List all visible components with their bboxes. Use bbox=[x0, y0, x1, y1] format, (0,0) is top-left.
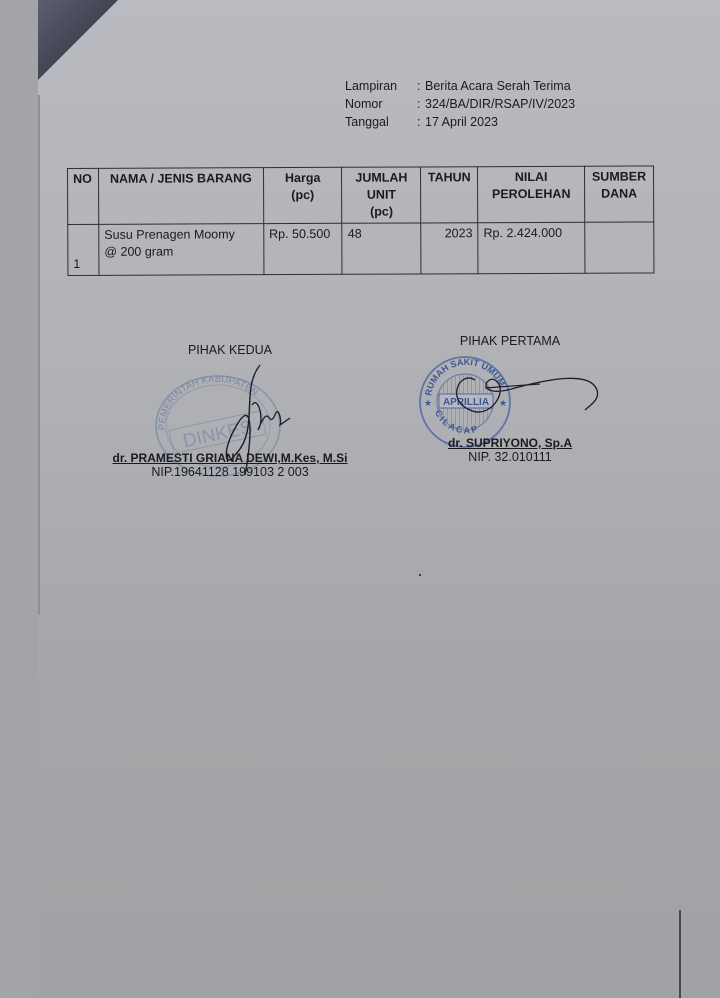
col-header-harga: Harga(pc) bbox=[263, 167, 342, 223]
header-value: 17 April 2023 bbox=[425, 113, 498, 131]
cell-sumber bbox=[585, 222, 654, 273]
col-header-no: NO bbox=[68, 168, 99, 224]
header-row-lampiran: Lampiran : Berita Acara Serah Terima bbox=[345, 77, 575, 95]
header-label: Nomor bbox=[345, 95, 417, 113]
items-table: NO NAMA / JENIS BARANG Harga(pc) JUMLAHU… bbox=[67, 165, 654, 276]
cell-no: 1 bbox=[68, 224, 99, 275]
signature-title: PIHAK KEDUA bbox=[110, 343, 350, 357]
page-edge-shadow bbox=[679, 910, 681, 998]
cell-tahun: 2023 bbox=[421, 223, 478, 274]
cell-harga: Rp. 50.500 bbox=[264, 223, 343, 274]
signature-block-pihak-pertama: PIHAK PERTAMA dr. SUPRIYONO, Sp.A NIP. 3… bbox=[420, 334, 600, 464]
header-label: Tanggal bbox=[345, 113, 417, 131]
header-colon: : bbox=[417, 95, 425, 113]
col-header-nilai: NILAIPEROLEHAN bbox=[478, 166, 585, 222]
signatory-name: dr. PRAMESTI GRIANA DEWI,M.Kes, M.Si bbox=[110, 451, 350, 465]
table-header-row: NO NAMA / JENIS BARANG Harga(pc) JUMLAHU… bbox=[68, 166, 654, 225]
cell-nilai: Rp. 2.424.000 bbox=[478, 222, 585, 273]
header-row-nomor: Nomor : 324/BA/DIR/RSAP/IV/2023 bbox=[345, 95, 575, 113]
table-row: 1 Susu Prenagen Moomy@ 200 gram Rp. 50.5… bbox=[68, 222, 654, 276]
signatory-nip: NIP.19641128 199103 2 003 bbox=[110, 465, 350, 479]
header-colon: : bbox=[417, 77, 425, 95]
speck bbox=[419, 574, 421, 576]
signatory-nip: NIP. 32.010111 bbox=[420, 450, 600, 464]
cell-jumlah: 48 bbox=[342, 223, 421, 274]
header-value: Berita Acara Serah Terima bbox=[425, 77, 571, 95]
header-value: 324/BA/DIR/RSAP/IV/2023 bbox=[425, 95, 575, 113]
header-row-tanggal: Tanggal : 17 April 2023 bbox=[345, 113, 575, 131]
col-header-tahun: TAHUN bbox=[421, 167, 478, 223]
signature-title: PIHAK PERTAMA bbox=[420, 334, 600, 348]
document-page bbox=[38, 0, 720, 998]
page-edge bbox=[38, 95, 40, 615]
cell-name: Susu Prenagen Moomy@ 200 gram bbox=[99, 224, 264, 276]
signatory-name: dr. SUPRIYONO, Sp.A bbox=[420, 436, 600, 450]
col-header-sumber: SUMBERDANA bbox=[584, 166, 653, 222]
signature-block-pihak-kedua: PIHAK KEDUA dr. PRAMESTI GRIANA DEWI,M.K… bbox=[110, 343, 350, 479]
document-header: Lampiran : Berita Acara Serah Terima Nom… bbox=[345, 77, 575, 131]
header-colon: : bbox=[417, 113, 425, 131]
header-label: Lampiran bbox=[345, 77, 417, 95]
col-header-name: NAMA / JENIS BARANG bbox=[98, 168, 263, 225]
col-header-jumlah: JUMLAHUNIT(pc) bbox=[342, 167, 421, 223]
